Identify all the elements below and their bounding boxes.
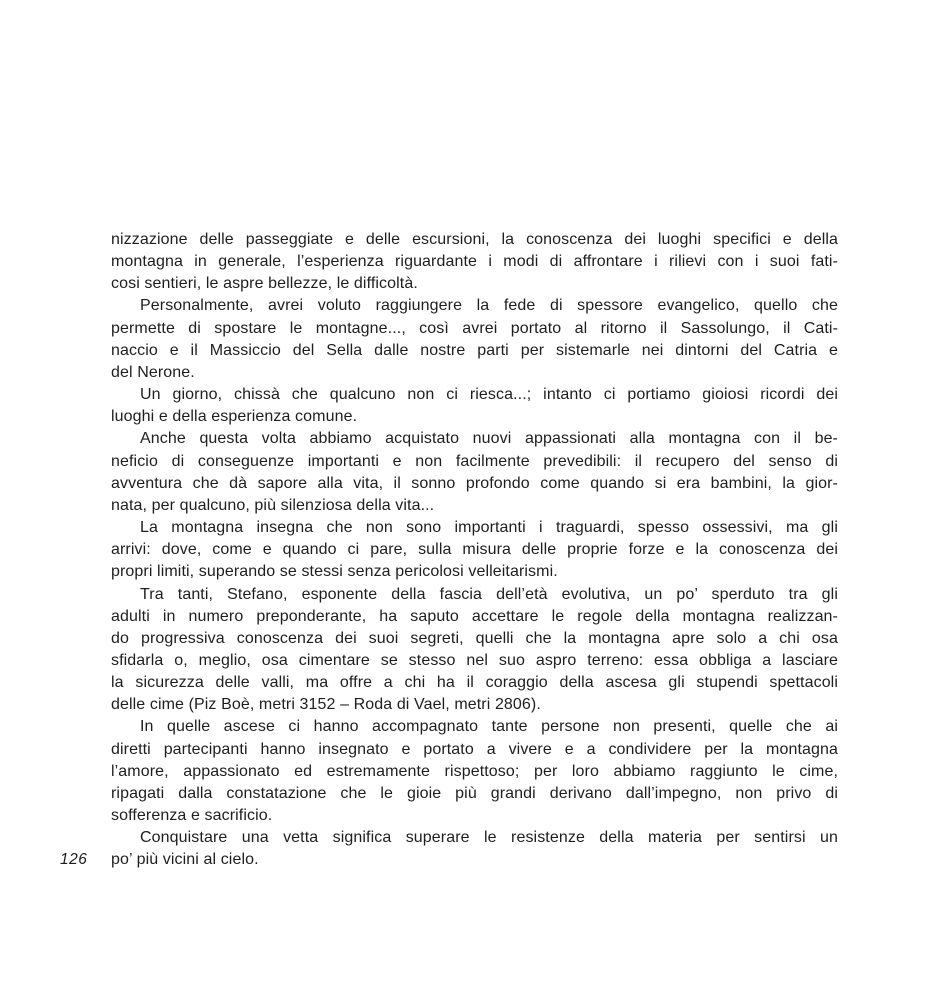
text-line: arrivi: dove, come e quando ci pare, sul… xyxy=(111,539,838,561)
text-line: ripagati dalla constatazione che le gioi… xyxy=(111,783,838,805)
text-line: Anche questa volta abbiamo acquistato nu… xyxy=(111,428,838,450)
text-line: nata, per qualcuno, più silenziosa della… xyxy=(111,495,838,517)
text-line: delle cime (Piz Boè, metri 3152 – Roda d… xyxy=(111,694,838,716)
text-line: neficio di conseguenze importanti e non … xyxy=(111,451,838,473)
text-line: Conquistare una vetta significa superare… xyxy=(111,827,838,849)
text-line: Un giorno, chissà che qualcuno non ci ri… xyxy=(111,384,838,406)
page-number: 126 xyxy=(60,849,100,871)
text-line: diretti partecipanti hanno insegnato e p… xyxy=(111,739,838,761)
text-line: la sicurezza delle valli, ma offre a chi… xyxy=(111,672,838,694)
text-line: La montagna insegna che non sono importa… xyxy=(111,517,838,539)
book-page: 126 nizzazione delle passeggiate e delle… xyxy=(0,0,942,1000)
text-block: nizzazione delle passeggiate e delle esc… xyxy=(111,229,838,872)
text-line: montagna in generale, l’esperienza rigua… xyxy=(111,251,838,273)
text-line: adulti in numero preponderante, ha saput… xyxy=(111,606,838,628)
text-line: propri limiti, superando se stessi senza… xyxy=(111,561,838,583)
text-line: po’ più vicini al cielo. xyxy=(111,849,838,871)
text-line: Personalmente, avrei voluto raggiungere … xyxy=(111,295,838,317)
text-line: do progressiva conoscenza dei suoi segre… xyxy=(111,628,838,650)
text-line: naccio e il Massiccio del Sella dalle no… xyxy=(111,340,838,362)
text-line: del Nerone. xyxy=(111,362,838,384)
text-line: permette di spostare le montagne..., cos… xyxy=(111,318,838,340)
text-line: Tra tanti, Stefano, esponente della fasc… xyxy=(111,584,838,606)
text-line: luoghi e della esperienza comune. xyxy=(111,406,838,428)
text-line: cosi sentieri, le aspre bellezze, le dif… xyxy=(111,273,838,295)
text-line: nizzazione delle passeggiate e delle esc… xyxy=(111,229,838,251)
text-line: l’amore, appassionato ed estremamente ri… xyxy=(111,761,838,783)
text-line: In quelle ascese ci hanno accompagnato t… xyxy=(111,716,838,738)
text-line: avventura che dà sapore alla vita, il so… xyxy=(111,473,838,495)
text-line: sfidarla o, meglio, osa cimentare se ste… xyxy=(111,650,838,672)
text-line: sofferenza e sacrificio. xyxy=(111,805,838,827)
